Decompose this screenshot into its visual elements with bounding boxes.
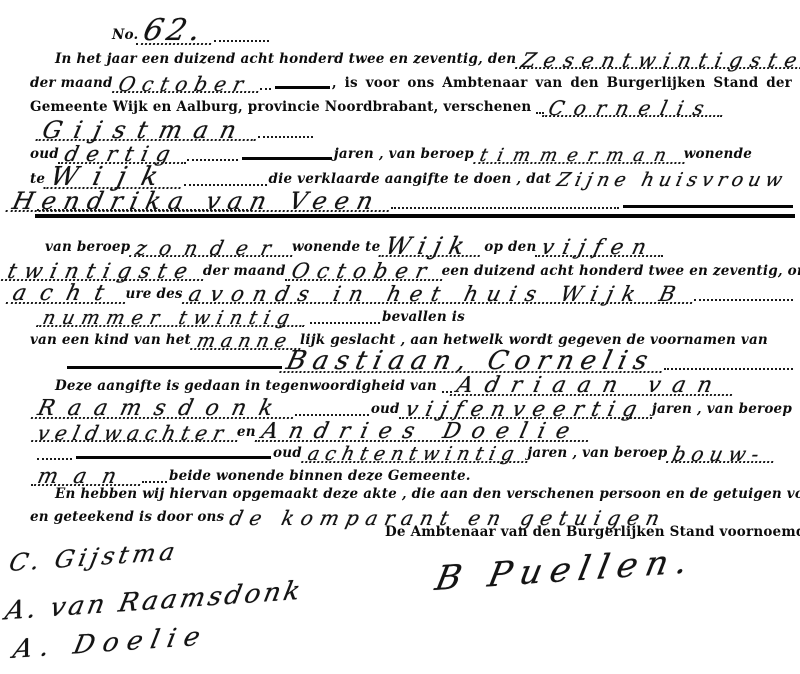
official-title-line: De Ambtenaar van den Burgerlijken Stand …	[385, 521, 785, 543]
dotted-fill-line	[258, 136, 313, 138]
solid-fill-line	[76, 456, 271, 459]
signature-witness1-line: A. van Raamsdonk	[5, 574, 335, 614]
signature-declarant-line: C. Gijstma	[8, 533, 308, 569]
dotted-fill-line	[391, 207, 619, 209]
signature-witness2-line: A. Doelie	[12, 616, 272, 656]
dotted-fill-line	[260, 88, 271, 90]
solid-fill-line	[623, 205, 793, 208]
dotted-fill-line	[37, 209, 252, 211]
month-line: der maand October , is voor ons Ambtenaa…	[30, 68, 795, 94]
act-number-value: 62.	[138, 16, 216, 46]
section-rule	[35, 214, 795, 218]
official-title: De Ambtenaar van den Burgerlijken Stand …	[385, 525, 800, 543]
signature-witness2: A. Doelie	[8, 623, 219, 663]
entry-day-of-act: Zesentwintigsten	[517, 50, 800, 70]
dotted-fill-line	[214, 40, 269, 42]
mother-occupation-line: van beroep zonder wonende te Wijk op den…	[45, 232, 795, 258]
dotted-fill-line	[310, 322, 380, 324]
dotted-fill-line	[187, 159, 237, 161]
official-signature: B Puellen.	[429, 544, 706, 596]
solid-fill-line	[242, 157, 332, 160]
act-number-line: No. 62.	[112, 12, 312, 46]
entry-mother-occupation: zonder	[131, 238, 294, 258]
entry-birth-day-part1: vijfen	[537, 237, 666, 258]
closing-printed-2: en geteekend is door ons	[30, 510, 227, 528]
dotted-fill-line	[694, 299, 793, 301]
surname-line: Gijstman	[40, 114, 770, 142]
official-signature-line: B Puellen.	[435, 543, 755, 587]
signature-declarant: C. Gijstma	[4, 539, 189, 575]
birth-certificate-scan: No. 62. In het jaar een duizend acht hon…	[0, 0, 800, 674]
solid-fill-line	[275, 86, 330, 89]
entry-month-of-act: October	[113, 74, 259, 94]
entry-mother-residence: Wijk	[381, 234, 483, 258]
year-line: In het jaar een duizend acht honderd twe…	[55, 44, 795, 70]
dotted-fill-line	[37, 458, 72, 460]
